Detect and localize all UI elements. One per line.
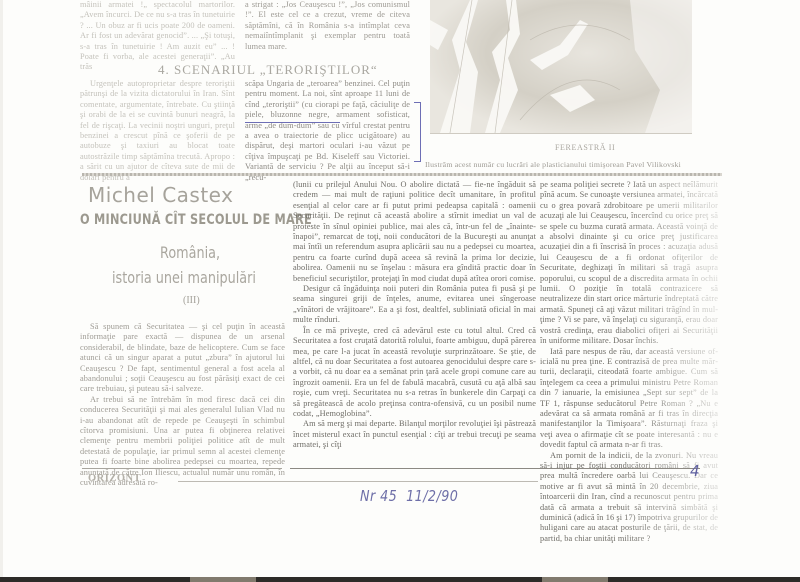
text-paragraph: a strigat : „Jos Ceauşescu !”, „Jos co­m… [245, 0, 410, 52]
text-paragraph: Iată pare nespus de rău, dar această ver… [540, 347, 718, 451]
article-subtitle-line2: istoria unei manipulări [112, 268, 256, 287]
publication-name: ORIZONT [88, 473, 141, 484]
pen-underline-mark [245, 122, 340, 123]
scan-edge-mark [0, 0, 3, 577]
section-right-column: scăpa Ungaria de „teroarea” benzinei. Ce… [245, 79, 410, 183]
footer-rule-right [290, 468, 700, 469]
illustration-credit: Ilustrăm acest număr cu lucrări ale plas… [425, 160, 681, 169]
text-paragraph: În ce mă priveşte, cred că adevărul este… [293, 326, 536, 420]
article-series-number: (III) [183, 295, 200, 306]
artwork-icon [430, 0, 692, 133]
illustration-caption: FEREASTRĂ II [555, 143, 615, 152]
article-title: O MINCIUNĂ CÎT SECOLUL DE MARE [80, 212, 312, 228]
scanner-edge-segment [542, 577, 608, 582]
handwritten-issue-note: Nr 45 11/2/90 [360, 487, 458, 505]
text-paragraph: Să spunem că Securitatea — şi cel puţin … [80, 322, 285, 395]
footer-rule-left [82, 468, 282, 469]
text-paragraph: Desigur că îngăduinţa noii puteri din Ro… [293, 284, 536, 326]
section-left-column: Urgenţele autoproprietar despre te­roriş… [80, 79, 235, 183]
scanner-bottom-edge [0, 577, 800, 582]
text-paragraph: Urgenţele autoproprietar despre te­roriş… [80, 79, 235, 183]
top-right-column-fragment: a strigat : „Jos Ceauşescu !”, „Jos co­m… [245, 0, 410, 52]
section-divider [82, 173, 722, 176]
text-paragraph: scăpa Ungaria de „teroarea” benzinei. Ce… [245, 79, 410, 183]
text-paragraph: Am să merg şi mai departe. Bilanţul morţ… [293, 419, 536, 450]
text-paragraph: (lunii cu prilejul Anului Nou. O abolire… [293, 180, 536, 284]
illustration-fereastra-ii [430, 0, 692, 134]
article-column-1: Să spunem că Securitatea — şi cel puţin … [80, 322, 285, 489]
section-heading: 4. SCENARIUL „TERORIŞTILOR“ [158, 62, 378, 78]
handwritten-page-number: 4 [690, 462, 700, 480]
pen-margin-bracket [414, 102, 421, 162]
scanner-edge-segment [190, 577, 256, 582]
footer-rule-bottom [178, 481, 538, 482]
article-author: Michel Castex [88, 183, 233, 207]
article-subtitle-line1: România, [160, 243, 220, 262]
article-column-3: pe seama poliţiei secrete ? Iată un aspe… [540, 180, 718, 544]
article-column-2: (lunii cu prilejul Anului Nou. O abolire… [293, 180, 536, 451]
text-paragraph: pe seama poliţiei secrete ? Iată un aspe… [540, 180, 718, 347]
